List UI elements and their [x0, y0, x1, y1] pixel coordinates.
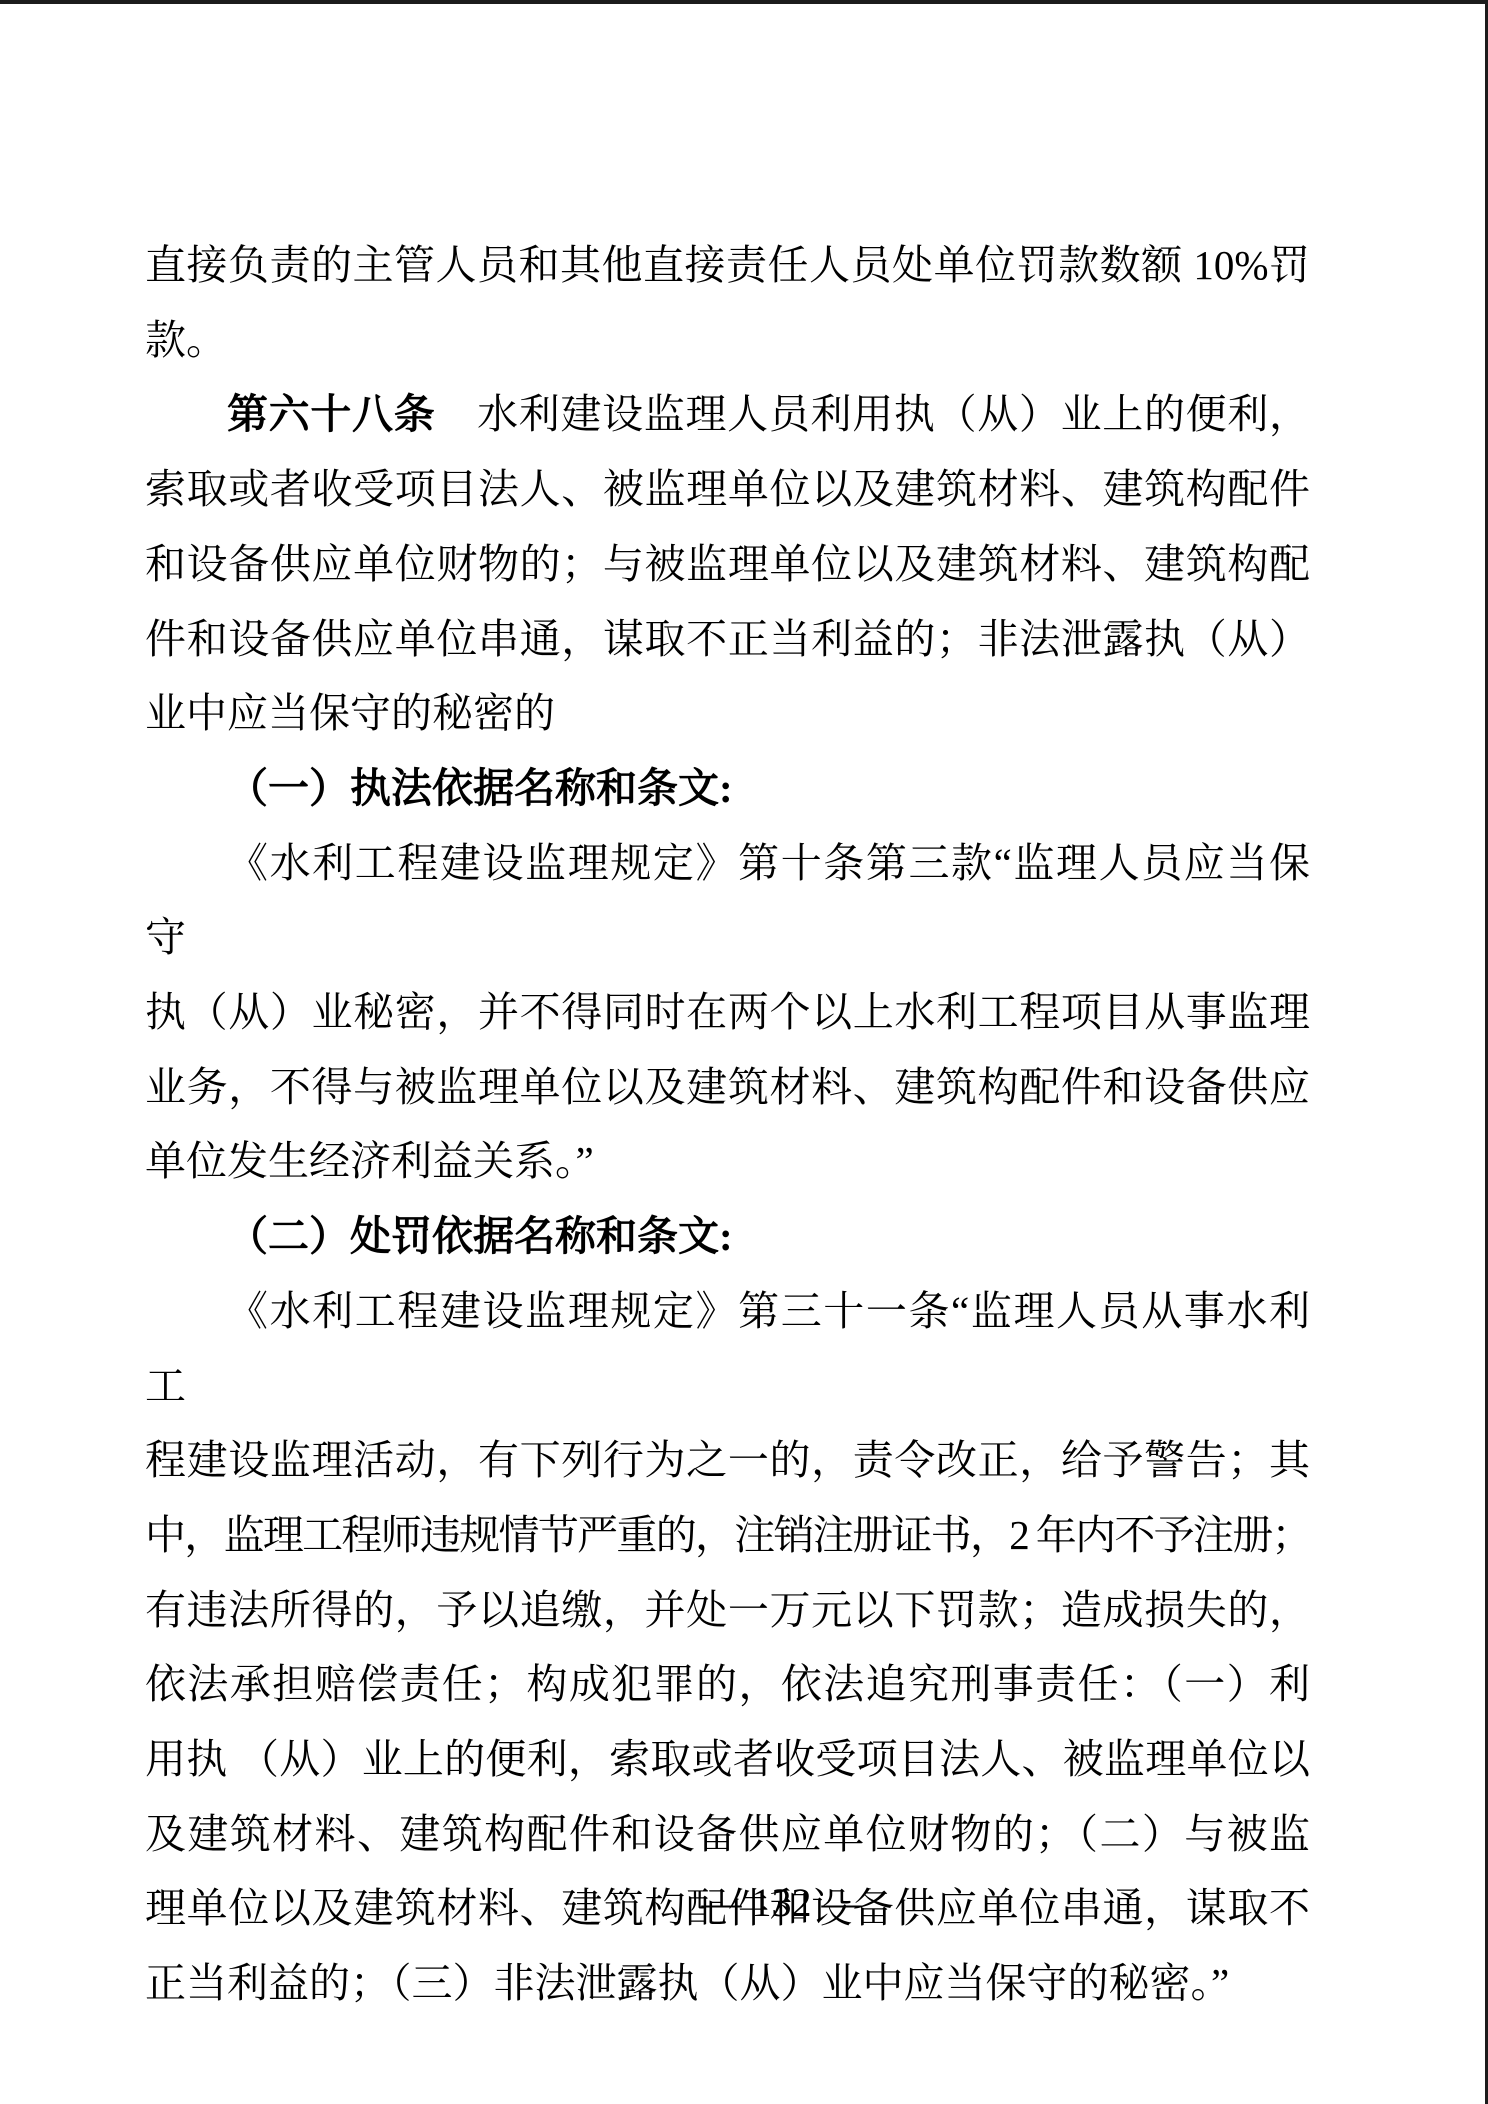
text-line: （二）处罚依据名称和条文:: [145, 1199, 1310, 1274]
para-article-68: 第六十八条 水利建设监理人员利用执（从）业上的便利，索取或者收受项目法人、被监理…: [145, 377, 1310, 751]
text-segment: 中，监理工程师违规情节严重的，注销注册证书，2 年内不予注册；: [145, 1512, 1310, 1558]
text-segment: 用执 （从）业上的便利，索取或者收受项目法人、被监理单位以: [145, 1736, 1310, 1782]
text-line: 正当利益的；（三）非法泄露执（从）业中应当保守的秘密。”: [145, 1946, 1310, 2021]
text-segment: 有违法所得的，予以追缴，并处一万元以下罚款；造成损失的，: [145, 1587, 1310, 1633]
text-line: 索取或者收受项目法人、被监理单位以及建筑材料、建筑构配件: [145, 452, 1310, 527]
text-line: 和设备供应单位财物的；与被监理单位以及建筑材料、建筑构配: [145, 527, 1310, 602]
text-segment: 及建筑材料、建筑构配件和设备供应单位财物的；（二）与被监: [145, 1811, 1310, 1857]
text-segment: 《水利工程建设监理规定》第三十一条“监理人员从事水利工: [145, 1288, 1310, 1409]
page: 直接负责的主管人员和其他直接责任人员处单位罚款数额 10%罚款。第六十八条 水利…: [0, 0, 1488, 2104]
text-segment: 程建设监理活动，有下列行为之一的，责令改正，给予警告；其: [145, 1437, 1310, 1483]
text-segment: 水利建设监理人员利用执（从）业上的便利，: [435, 391, 1310, 437]
text-line: 直接负责的主管人员和其他直接责任人员处单位罚款数额 10%罚: [145, 228, 1310, 303]
para-heading-law-basis: （一）执法依据名称和条文:: [145, 751, 1310, 826]
text-segment: 业中应当保守的秘密的: [145, 690, 555, 736]
bold-text-segment: （二）处罚依据名称和条文:: [227, 1213, 733, 1259]
para-law-basis: 《水利工程建设监理规定》第十条第三款“监理人员应当保守执（从）业秘密，并不得同时…: [145, 826, 1310, 1200]
text-line: 单位发生经济利益关系。”: [145, 1124, 1310, 1199]
text-line: 执（从）业秘密，并不得同时在两个以上水利工程项目从事监理: [145, 975, 1310, 1050]
text-line: 依法承担赔偿责任；构成犯罪的，依法追究刑事责任：（一）利: [145, 1647, 1310, 1722]
para-fine-continuation: 直接负责的主管人员和其他直接责任人员处单位罚款数额 10%罚款。: [145, 228, 1310, 377]
text-segment: 款。: [145, 317, 227, 363]
text-line: 第六十八条 水利建设监理人员利用执（从）业上的便利，: [145, 377, 1310, 452]
text-line: 及建筑材料、建筑构配件和设备供应单位财物的；（二）与被监: [145, 1797, 1310, 1872]
text-line: 业务，不得与被监理单位以及建筑材料、建筑构配件和设备供应: [145, 1050, 1310, 1125]
text-segment: 直接负责的主管人员和其他直接责任人员处单位罚款数额 10%罚: [145, 242, 1310, 288]
text-line: 程建设监理活动，有下列行为之一的，责令改正，给予警告；其: [145, 1423, 1310, 1498]
text-segment: 《水利工程建设监理规定》第十条第三款“监理人员应当保守: [145, 840, 1310, 961]
text-line: 中，监理工程师违规情节严重的，注销注册证书，2 年内不予注册；: [145, 1498, 1310, 1573]
text-line: 有违法所得的，予以追缴，并处一万元以下罚款；造成损失的，: [145, 1573, 1310, 1648]
text-line: 件和设备供应单位串通，谋取不正当利益的；非法泄露执（从）: [145, 602, 1310, 677]
text-segment: 和设备供应单位财物的；与被监理单位以及建筑材料、建筑构配: [145, 541, 1310, 587]
bold-text-segment: （一）执法依据名称和条文:: [227, 765, 733, 811]
document-body: 直接负责的主管人员和其他直接责任人员处单位罚款数额 10%罚款。第六十八条 水利…: [145, 228, 1310, 2021]
page-number: — 132 —: [199, 1878, 1364, 1928]
para-heading-penalty-basis: （二）处罚依据名称和条文:: [145, 1199, 1310, 1274]
text-segment: 业务，不得与被监理单位以及建筑材料、建筑构配件和设备供应: [145, 1064, 1310, 1110]
text-line: 业中应当保守的秘密的: [145, 676, 1310, 751]
text-segment: 索取或者收受项目法人、被监理单位以及建筑材料、建筑构配件: [145, 466, 1310, 512]
bold-text-segment: 第六十八条: [227, 391, 435, 437]
text-segment: 件和设备供应单位串通，谋取不正当利益的；非法泄露执（从）: [145, 616, 1310, 662]
text-segment: 执（从）业秘密，并不得同时在两个以上水利工程项目从事监理: [145, 989, 1310, 1035]
text-line: 《水利工程建设监理规定》第十条第三款“监理人员应当保守: [145, 826, 1310, 975]
scan-edge-top: [0, 0, 1488, 4]
text-line: 款。: [145, 303, 1310, 378]
text-segment: 单位发生经济利益关系。”: [145, 1138, 594, 1184]
text-segment: 依法承担赔偿责任；构成犯罪的，依法追究刑事责任：（一）利: [145, 1661, 1310, 1707]
text-line: （一）执法依据名称和条文:: [145, 751, 1310, 826]
text-line: 《水利工程建设监理规定》第三十一条“监理人员从事水利工: [145, 1274, 1310, 1423]
text-line: 用执 （从）业上的便利，索取或者收受项目法人、被监理单位以: [145, 1722, 1310, 1797]
text-segment: 正当利益的；（三）非法泄露执（从）业中应当保守的秘密。”: [145, 1960, 1229, 2006]
